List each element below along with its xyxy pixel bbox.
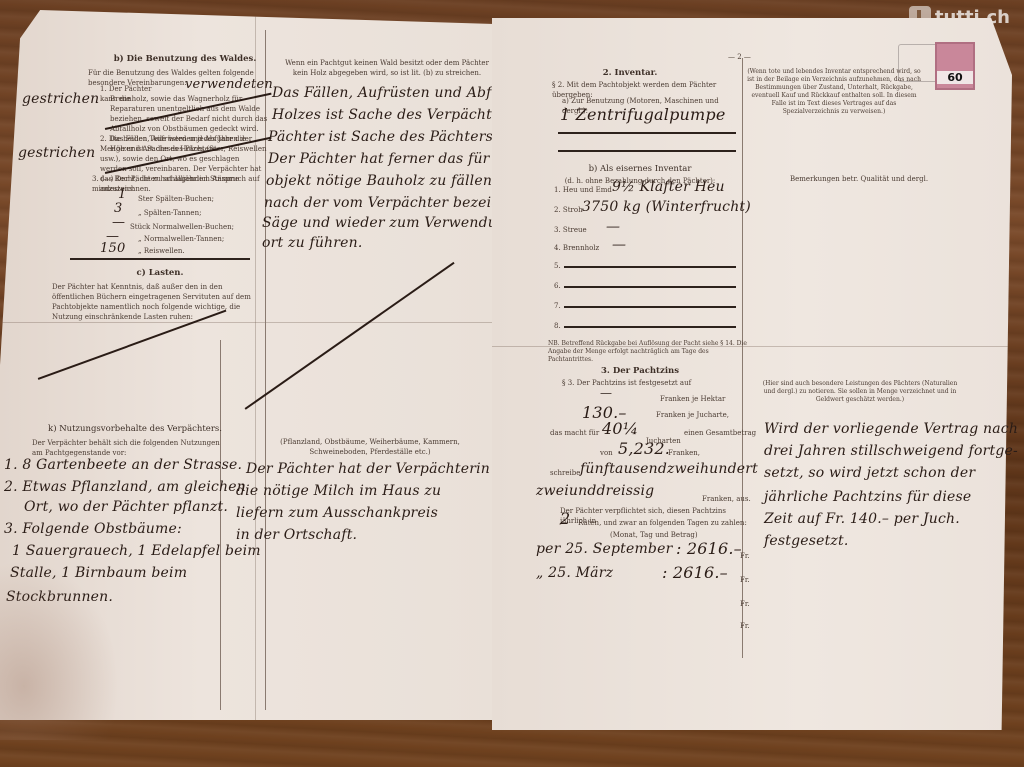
services-side-note: (Hier sind auch besondere Leistungen des…	[760, 380, 960, 404]
inventory-item: 4. Brennholz	[554, 244, 599, 252]
inventory-item: 6.	[554, 282, 561, 290]
item-label: Streue	[563, 226, 587, 234]
currency-label: Fr.	[740, 552, 750, 560]
currency-label: Fr.	[740, 600, 750, 608]
item-number: 2.	[554, 206, 561, 214]
amount-in-words: fünftausendzweihundert	[580, 458, 758, 480]
allowance-unit: „ Spälten-Tannen;	[138, 208, 201, 218]
handwritten-line: ort zu führen.	[262, 232, 363, 254]
allowance-qty: 150	[100, 238, 125, 260]
section-3-intro: § 3. Der Pachtzins ist festgesetzt auf	[562, 378, 691, 388]
currency-label: Fr.	[740, 576, 750, 584]
currency-label: Fr.	[740, 622, 750, 630]
inventory-item: 2. Stroh	[554, 206, 583, 214]
amount-in-words: zweiunddreissig	[536, 480, 654, 502]
handwritten-line: Pächter ist Sache des Pächters.	[268, 126, 498, 148]
section-3-title: 3. Der Pachtzins	[540, 366, 740, 376]
payment-date: per 25. September	[536, 538, 672, 560]
item-number: 3.	[554, 226, 561, 234]
handwritten-line: Säge und wieder zum Verwendungs-	[262, 212, 528, 234]
fill-line	[558, 150, 736, 152]
wald-note: Wenn ein Pachtgut keinen Wald besitzt od…	[282, 58, 492, 78]
handwritten-line: Der Pächter hat der Verpächterin	[246, 458, 490, 480]
inventory-item: 8.	[554, 322, 561, 330]
installments-count: 2	[560, 508, 570, 530]
stamp-value: 60	[937, 71, 973, 84]
section-k-title: k) Nutzungsvorbehalte des Verpächters.	[40, 424, 230, 434]
inventory-item: 7.	[554, 302, 561, 310]
inventory-side-note: (Wenn tote und lebendes Inventar entspre…	[744, 68, 924, 116]
handwritten-line: jährliche Pachtzins für diese	[764, 486, 971, 508]
handwritten-line: 1. 8 Gartenbeete an der Strasse.	[4, 454, 242, 476]
item-value: 3750 kg (Winterfrucht)	[582, 196, 751, 218]
inventory-item: 3. Streue	[554, 226, 587, 234]
handwritten-line: liefern zum Ausschankpreis	[236, 502, 438, 524]
allowance-unit: „ Reiswellen.	[138, 246, 185, 256]
handwritten-line: setzt, so wird jetzt schon der	[764, 462, 975, 484]
section-2-title: 2. Inventar.	[520, 68, 740, 78]
item-number: 1.	[554, 186, 561, 194]
handwritten-line: 1 Sauergrauech, 1 Edelapfel beim	[12, 540, 261, 562]
sub-a-handwritten: 1 Zentrifugalpumpe	[560, 104, 726, 126]
handwritten-line: drei Jahren stillschweigend fortge-	[764, 440, 1018, 462]
payment-amount: : 2616.–	[676, 538, 742, 560]
remarks-label: Bemerkungen betr. Qualität und dergl.	[790, 174, 928, 184]
words-label: schreibe	[550, 468, 580, 478]
handwritten-line: festgesetzt.	[764, 530, 848, 552]
allowance-unit: „ Normalwellen-Tannen;	[138, 234, 224, 244]
section-b-title: b) Die Benutzung des Waldes.	[100, 54, 270, 64]
item-label: Stroh	[563, 206, 583, 214]
item-label: Brennholz	[563, 244, 599, 252]
payment-date: „ 25. März	[536, 562, 613, 584]
total-value: 5,232.	[618, 438, 670, 460]
inventory-item: 5.	[554, 262, 561, 270]
handwritten-line: Ort, wo der Pächter pflanzt.	[24, 496, 228, 518]
per-hectare-value: —	[600, 382, 612, 404]
handwritten-line: Zeit auf Fr. 140.– per Juch.	[764, 508, 960, 530]
item-number: 4.	[554, 244, 561, 252]
sub-b-title: b) Als eisernes Inventar	[540, 164, 740, 174]
total-prefix: das macht für	[550, 428, 599, 438]
handwritten-line: objekt nötige Bauholz zu fällen,	[266, 170, 497, 192]
handwritten-line: die nötige Milch im Haus zu	[236, 480, 441, 502]
fill-line	[564, 306, 736, 308]
pflanzland-note: (Pflanzland, Obstbäume, Weiherbäume, Kam…	[250, 437, 490, 457]
allowance-unit: Ster Spälten-Buchen;	[138, 194, 214, 204]
item1-handwritten: verwendeten	[185, 74, 273, 96]
total-currency: Franken,	[668, 448, 700, 458]
fold-line	[0, 322, 502, 323]
words-currency: Franken, aus.	[702, 494, 751, 504]
installments-text-b: Raten, und zwar an folgenden Tagen zu za…	[578, 518, 750, 528]
revenue-stamp: 60	[935, 42, 975, 90]
payment-amount: : 2616.–	[662, 562, 728, 584]
item-value: —	[612, 234, 626, 256]
handwritten-line: 2. Etwas Pflanzland, am gleichen	[4, 476, 246, 498]
section-c-text: Der Pächter hat Kenntnis, daß außer den …	[52, 282, 252, 322]
fill-line	[558, 132, 736, 134]
item-label: Heu und Emd	[563, 186, 612, 194]
margin-note-gestrichen: gestrichen	[18, 142, 95, 164]
column-divider	[220, 340, 221, 710]
handwritten-line: in der Ortschaft.	[236, 524, 357, 546]
shadow	[0, 560, 120, 740]
area-value: 40¼	[602, 418, 638, 440]
inventory-item: 1. Heu und Emd	[554, 186, 612, 194]
item-value: 9½ Klafter Heu	[612, 176, 725, 198]
fill-line	[564, 286, 736, 288]
handwritten-line: 3. Folgende Obstbäume:	[4, 518, 182, 540]
nb-note: NB. Betreffend Rückgabe bei Auflösung de…	[548, 340, 748, 364]
total-label: einen Gesamtbetrag	[684, 428, 756, 438]
fill-line	[564, 326, 736, 328]
total-von: von	[600, 448, 613, 458]
allowance-unit: Stück Normalwellen-Buchen;	[130, 222, 234, 232]
handwritten-line: Wird der vorliegende Vertrag nach	[764, 418, 1018, 440]
section-c-title: c) Lasten.	[70, 268, 250, 278]
fill-line	[564, 266, 736, 268]
page-marker: — 2 —	[728, 52, 751, 62]
per-hectare-label: Franken je Hektar	[660, 394, 725, 404]
per-jucharte-label: Franken je Jucharte,	[656, 410, 729, 420]
margin-note-gestrichen: gestrichen	[22, 88, 99, 110]
section-divider	[70, 258, 250, 260]
